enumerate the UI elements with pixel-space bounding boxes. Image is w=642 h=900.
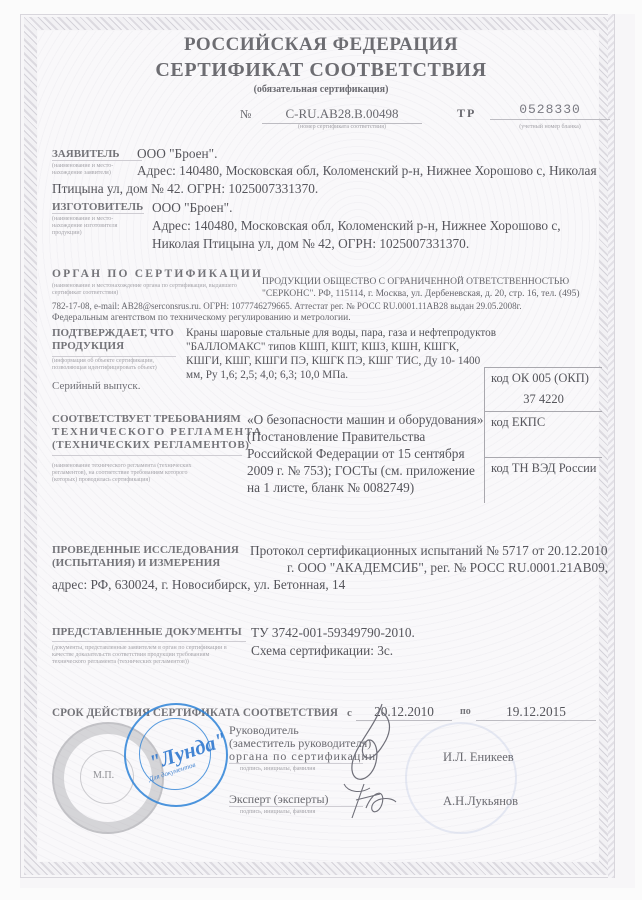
okp-code-box: код ОК 005 (ОКП) 37 4220	[484, 367, 602, 411]
tests-line2: г. ООО "АКАДЕМСИБ", рег. № РОСС RU.0001.…	[287, 559, 608, 576]
document-title: СЕРТИФИКАТ СООТВЕТСТВИЯ	[0, 59, 642, 82]
tr-label: ТР	[457, 106, 476, 121]
regulation-label-line3: (ТЕХНИЧЕСКИХ РЕГЛАМЕНТОВ)	[52, 439, 242, 456]
certification-body-caption: (наименование и местонахождение органа п…	[52, 283, 252, 297]
ekps-code-box: код ЕКПС	[484, 411, 602, 457]
product-line3: КШГИ, КШГ, КШГИ ПЭ, КШГК ПЭ, КШГ ТИС, Ду…	[186, 354, 480, 368]
edge-pattern	[608, 14, 614, 878]
certificate-number-caption: (номер сертификата соответствия)	[262, 124, 422, 131]
production-type: Серийный выпуск.	[52, 378, 141, 395]
regulation-line2: (Постановление Правительства	[247, 428, 425, 445]
regulation-line5: на 1 листе, бланк № 0082749)	[247, 479, 414, 496]
certification-body-line4: Федеральным агентством по техническому р…	[52, 312, 351, 324]
product-label-line2: ПРОДУКЦИЯ	[52, 340, 176, 357]
okp-code-value: 37 4220	[491, 392, 602, 407]
documents-line2: Схема сертификации: 3с.	[251, 642, 393, 659]
country-title: РОССИЙСКАЯ ФЕДЕРАЦИЯ	[0, 34, 642, 56]
product-line4: мм, Ру 1,6; 2,5; 4,0; 6,3; 10,0 МПа.	[186, 368, 348, 382]
manufacturer-label: ИЗГОТОВИТЕЛЬ	[52, 201, 144, 214]
regulation-label-line1: СООТВЕТСТВУЕТ ТРЕБОВАНИЯМ	[52, 413, 241, 425]
regulation-caption: (наименование технического регламента (т…	[52, 463, 202, 484]
tests-label-line1: ПРОВЕДЕННЫЕ ИССЛЕДОВАНИЯ	[52, 544, 239, 556]
manufacturer-address-line1: Адрес: 140480, Московская обл, Коломенск…	[152, 217, 561, 234]
ekps-code-label: код ЕКПС	[491, 415, 602, 430]
blank-number-caption: (учетный номер бланка)	[490, 124, 610, 131]
regulation-line4: 2009 г. № 753); ГОСТы (см. приложение	[247, 462, 475, 479]
applicant-label: ЗАЯВИТЕЛЬ	[52, 148, 142, 161]
product-label-line1: ПОДТВЕРЖДАЕТ, ЧТО	[52, 327, 174, 339]
expert-name: А.Н.Лукьянов	[443, 793, 518, 810]
manufacturer-name: ООО "Броен".	[152, 199, 232, 216]
product-line2: "БАЛЛОМАКС" типов КШП, КШТ, КШЗ, КШН, КШ…	[186, 340, 459, 354]
tests-line3: адрес: РФ, 630024, г. Новосибирск, ул. Б…	[52, 576, 345, 593]
certification-body-label: ОРГАН ПО СЕРТИФИКАЦИИ	[52, 268, 263, 280]
regulation-line1: «О безопасности машин и оборудования»	[247, 411, 483, 428]
regulation-label-line2: ТЕХНИЧЕСКОГО РЕГЛАМЕНТА	[52, 426, 263, 438]
gray-seal-center-text: М.П.	[93, 770, 114, 781]
faint-seal-stamp	[405, 722, 517, 834]
expert-signature	[346, 778, 406, 823]
documents-line1: ТУ 3742-001-59349790-2010.	[251, 624, 415, 641]
okp-code-label: код ОК 005 (ОКП)	[491, 371, 602, 386]
certificate-number: C-RU.AB28.B.00498	[262, 106, 422, 124]
product-caption: (информация об объекте сертификации, поз…	[52, 358, 180, 372]
manufacturer-address-line2: Николая Птицына ул, дом № 42, ОГРН: 1025…	[152, 235, 469, 252]
applicant-caption: (наименование и место-нахождение заявите…	[52, 163, 134, 177]
regulation-line3: Российской Федерации от 15 сентября	[247, 445, 465, 462]
head-signature-caption: подпись, инициалы, фамилия	[240, 766, 315, 773]
applicant-address-line1: Адрес: 140480, Московская обл, Коломенск…	[137, 162, 597, 179]
document-subtitle: (обязательная сертификация)	[0, 84, 642, 95]
applicant-name: ООО "Броен".	[137, 145, 217, 162]
documents-caption: (документы, представленные заявителем в …	[52, 645, 242, 666]
manufacturer-caption: (наименование и место-нахождение изготов…	[52, 216, 134, 237]
expert-signature-caption: подпись, инициалы, фамилия	[240, 809, 315, 816]
validity-to-prefix: по	[460, 706, 471, 717]
tests-line1: Протокол сертификационных испытаний № 57…	[250, 542, 608, 559]
applicant-address-line2: Птицына ул, дом № 42. ОГРН: 102500733137…	[52, 180, 318, 197]
number-sign: №	[240, 107, 251, 122]
tnved-code-label: код ТН ВЭД России	[491, 461, 602, 476]
head-name: И.Л. Еникеев	[443, 749, 514, 766]
documents-label: ПРЕДСТАВЛЕННЫЕ ДОКУМЕНТЫ	[52, 626, 246, 642]
blank-number: 0528330	[490, 102, 610, 120]
product-line1: Краны шаровые стальные для воды, пара, г…	[186, 326, 496, 340]
tnved-code-box: код ТН ВЭД России	[484, 457, 602, 503]
certification-body-line2: "СЕРКОНС". РФ, 115114, г. Москва, ул. Де…	[262, 288, 580, 300]
certification-body-line3: 782-17-08, e-mail: AB28@serconsrus.ru. О…	[52, 300, 522, 312]
certification-body-line1: ПРОДУКЦИИ ОБЩЕСТВО С ОГРАНИЧЕННОЙ ОТВЕТС…	[262, 276, 569, 288]
tests-label-line2: (ИСПЫТАНИЯ) И ИЗМЕРЕНИЯ	[52, 557, 220, 569]
validity-to-date: 19.12.2015	[476, 703, 596, 721]
